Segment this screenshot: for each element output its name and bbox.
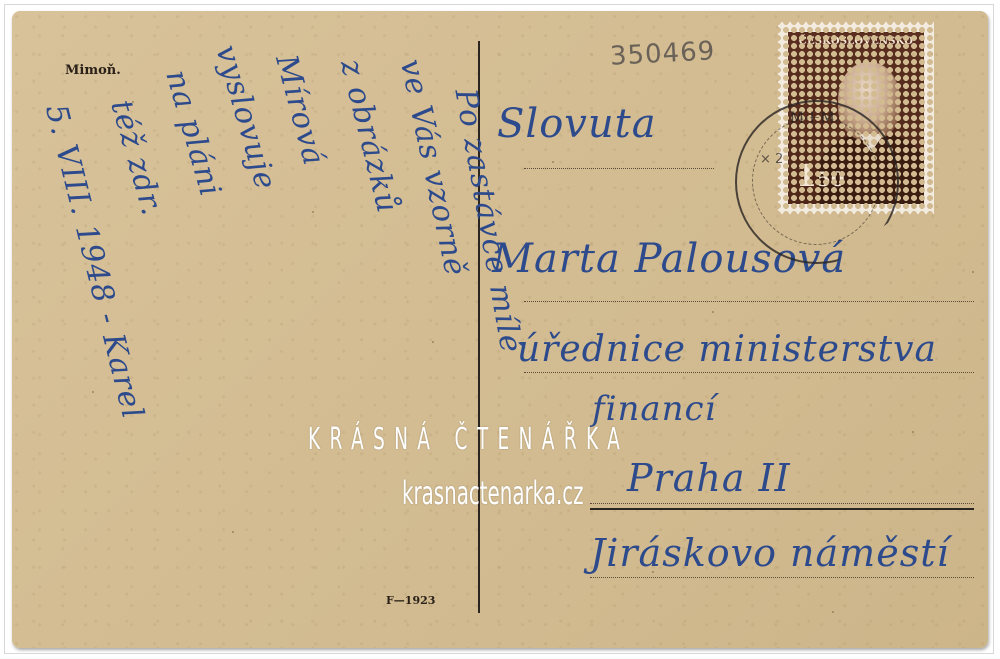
archive-number: 350469 [609,36,716,71]
address-line-4 [590,503,974,504]
address-line-2 [524,301,974,302]
watermark-title: KRÁSNÁ ČTENÁŘKA [308,422,629,457]
stamp-country: ČESKOSLOVENSKO [788,36,924,47]
handwritten-salutation: Slovuta [497,101,657,147]
address-line-1 [524,168,714,169]
publisher-code: F—1923 [386,594,435,607]
message-line: na pláni [158,66,228,201]
address-line-5 [590,577,974,578]
postmark-town: MIM [790,108,840,127]
address-line-3 [524,372,974,373]
handwritten-address-line: úřednice ministerstva [517,329,937,370]
message-line: též zdr. [103,96,169,220]
postmark-inner-ring [752,117,880,245]
postmark-date: × 2 [760,152,783,167]
printed-place-name: Mimoň. [65,63,121,78]
watermark-url: krasnactenarka.cz [402,474,584,512]
handwritten-address-city: Praha II [627,456,791,500]
handwritten-address-street: Jiráskovo náměstí [590,531,950,575]
address-line-4-underline [590,508,974,510]
message-line: z obrázků [333,56,405,217]
message-line: Mírová [268,51,331,170]
